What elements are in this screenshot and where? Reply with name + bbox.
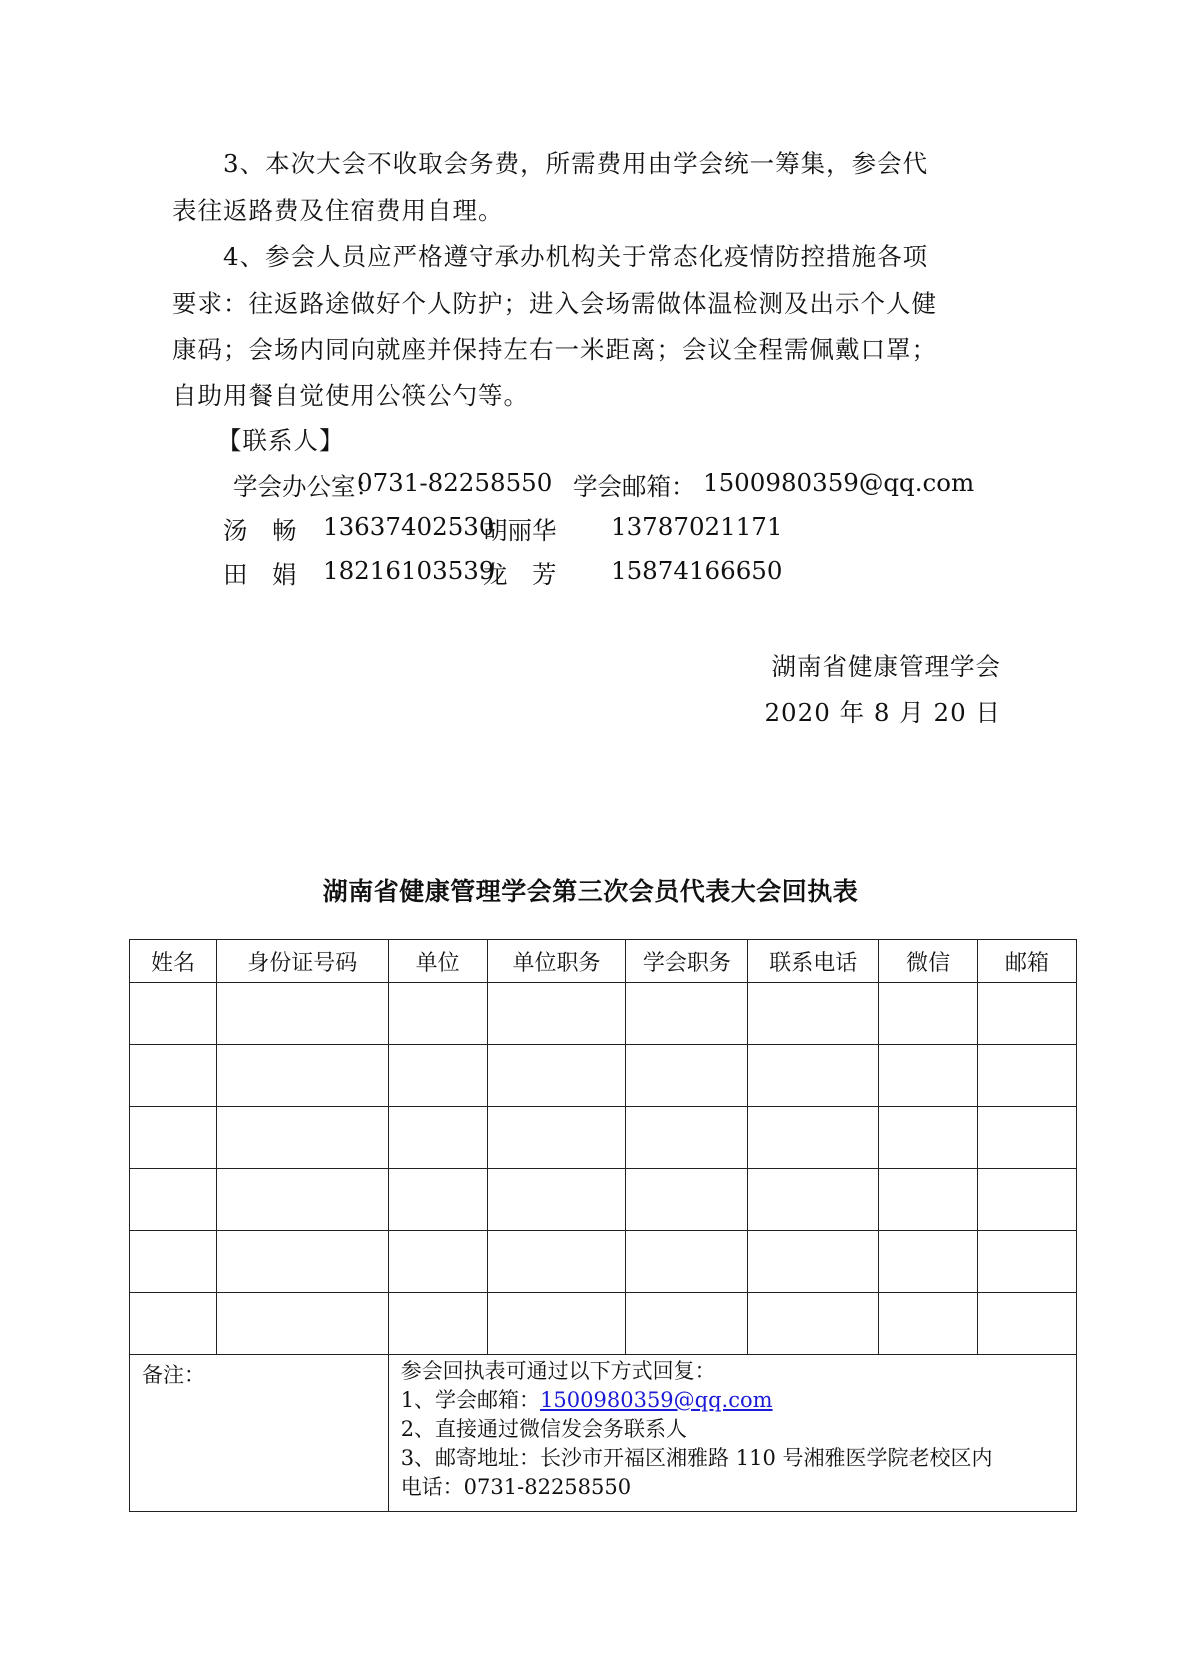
wechat-cell[interactable] (879, 1293, 978, 1355)
org-position-cell[interactable] (487, 1231, 626, 1293)
column-header-org-position: 单位职务 (487, 940, 626, 983)
contact-phone: 13787021171 (611, 512, 782, 541)
society-position-cell[interactable] (626, 1045, 748, 1107)
table-row (130, 983, 1077, 1045)
contact-name: 田 娟 (223, 556, 297, 591)
contact-phone: 18216103539 (323, 556, 494, 585)
society-position-cell[interactable] (626, 983, 748, 1045)
signature-organization: 湖南省健康管理学会 (772, 648, 1002, 683)
remarks-row: 备注： 参会回执表可通过以下方式回复： 1、学会邮箱：1500980359@qq… (130, 1355, 1077, 1512)
email-cell[interactable] (978, 983, 1077, 1045)
org-position-cell[interactable] (487, 1045, 626, 1107)
table-row (130, 1169, 1077, 1231)
name-cell[interactable] (130, 1169, 217, 1231)
society-position-cell[interactable] (626, 1169, 748, 1231)
name-cell[interactable] (130, 1231, 217, 1293)
id-number-cell[interactable] (216, 1231, 388, 1293)
organization-cell[interactable] (388, 1293, 487, 1355)
column-header-name: 姓名 (130, 940, 217, 983)
society-position-cell[interactable] (626, 1293, 748, 1355)
organization-cell[interactable] (388, 1169, 487, 1231)
signature-date: 2020 年 8 月 20 日 (764, 694, 1001, 729)
id-number-cell[interactable] (216, 1169, 388, 1231)
organization-cell[interactable] (388, 1045, 487, 1107)
remarks-phone: 电话：0731-82258550 (401, 1473, 1064, 1502)
organization-cell[interactable] (388, 983, 487, 1045)
wechat-cell[interactable] (879, 1045, 978, 1107)
table-row (130, 1107, 1077, 1169)
table-header-row: 姓名 身份证号码 单位 单位职务 学会职务 联系电话 微信 邮箱 (130, 940, 1077, 983)
email-label: 学会邮箱： (573, 468, 696, 503)
contact-email: 1500980359@qq.com (703, 468, 974, 497)
remarks-email-prefix: 1、学会邮箱： (401, 1388, 540, 1412)
contact-name: 龙 芳 (483, 556, 557, 591)
remarks-body: 参会回执表可通过以下方式回复： 1、学会邮箱：1500980359@qq.com… (388, 1355, 1076, 1512)
form-title: 湖南省健康管理学会第三次会员代表大会回执表 (0, 872, 1181, 908)
name-cell[interactable] (130, 1107, 217, 1169)
phone-cell[interactable] (748, 1045, 879, 1107)
wechat-cell[interactable] (879, 1169, 978, 1231)
name-cell[interactable] (130, 983, 217, 1045)
column-header-phone: 联系电话 (748, 940, 879, 983)
contact-name: 胡丽华 (483, 512, 557, 547)
email-cell[interactable] (978, 1293, 1077, 1355)
remarks-method-email: 1、学会邮箱：1500980359@qq.com (401, 1386, 1064, 1415)
email-cell[interactable] (978, 1107, 1077, 1169)
society-position-cell[interactable] (626, 1107, 748, 1169)
column-header-society-position: 学会职务 (626, 940, 748, 983)
item3-line2: 表往返路费及住宿费用自理。 (172, 192, 504, 227)
contact-phone: 15874166650 (611, 556, 782, 585)
organization-cell[interactable] (388, 1231, 487, 1293)
org-position-cell[interactable] (487, 1169, 626, 1231)
item3-line1: 3、本次大会不收取会务费，所需费用由学会统一筹集，参会代 (223, 145, 928, 180)
organization-cell[interactable] (388, 1107, 487, 1169)
remarks-intro: 参会回执表可通过以下方式回复： (401, 1357, 1064, 1386)
receipt-table: 姓名 身份证号码 单位 单位职务 学会职务 联系电话 微信 邮箱 备注： (129, 939, 1077, 1512)
column-header-organization: 单位 (388, 940, 487, 983)
contacts-heading: 【联系人】 (217, 422, 345, 457)
table-row (130, 1293, 1077, 1355)
phone-cell[interactable] (748, 1293, 879, 1355)
item4-line1: 4、参会人员应严格遵守承办机构关于常态化疫情防控措施各项 (223, 238, 928, 273)
table-row (130, 1231, 1077, 1293)
office-phone: 0731-82258550 (357, 468, 552, 497)
org-position-cell[interactable] (487, 1293, 626, 1355)
wechat-cell[interactable] (879, 1107, 978, 1169)
org-position-cell[interactable] (487, 983, 626, 1045)
society-position-cell[interactable] (626, 1231, 748, 1293)
item4-line3: 康码；会场内同向就座并保持左右一米距离；会议全程需佩戴口罩； (172, 331, 937, 366)
phone-cell[interactable] (748, 983, 879, 1045)
id-number-cell[interactable] (216, 1107, 388, 1169)
id-number-cell[interactable] (216, 983, 388, 1045)
item4-line4: 自助用餐自觉使用公筷公勺等。 (172, 377, 529, 412)
document-page: 3、本次大会不收取会务费，所需费用由学会统一筹集，参会代 表往返路费及住宿费用自… (0, 0, 1181, 1670)
remarks-method-mail: 3、邮寄地址：长沙市开福区湘雅路 110 号湘雅医学院老校区内 (401, 1444, 1064, 1473)
remarks-label: 备注： (130, 1355, 389, 1512)
table-row (130, 1045, 1077, 1107)
phone-cell[interactable] (748, 1107, 879, 1169)
item4-line2: 要求：往返路途做好个人防护；进入会场需做体温检测及出示个人健 (172, 285, 937, 320)
org-position-cell[interactable] (487, 1107, 626, 1169)
column-header-wechat: 微信 (879, 940, 978, 983)
id-number-cell[interactable] (216, 1293, 388, 1355)
column-header-email: 邮箱 (978, 940, 1077, 983)
name-cell[interactable] (130, 1045, 217, 1107)
phone-cell[interactable] (748, 1169, 879, 1231)
remarks-method-wechat: 2、直接通过微信发会务联系人 (401, 1415, 1064, 1444)
wechat-cell[interactable] (879, 983, 978, 1045)
contact-phone: 13637402530 (323, 512, 494, 541)
phone-cell[interactable] (748, 1231, 879, 1293)
column-header-id-number: 身份证号码 (216, 940, 388, 983)
contact-name: 汤 畅 (223, 512, 297, 547)
wechat-cell[interactable] (879, 1231, 978, 1293)
id-number-cell[interactable] (216, 1045, 388, 1107)
email-cell[interactable] (978, 1045, 1077, 1107)
email-cell[interactable] (978, 1169, 1077, 1231)
remarks-email-link[interactable]: 1500980359@qq.com (540, 1388, 773, 1412)
name-cell[interactable] (130, 1293, 217, 1355)
email-cell[interactable] (978, 1231, 1077, 1293)
